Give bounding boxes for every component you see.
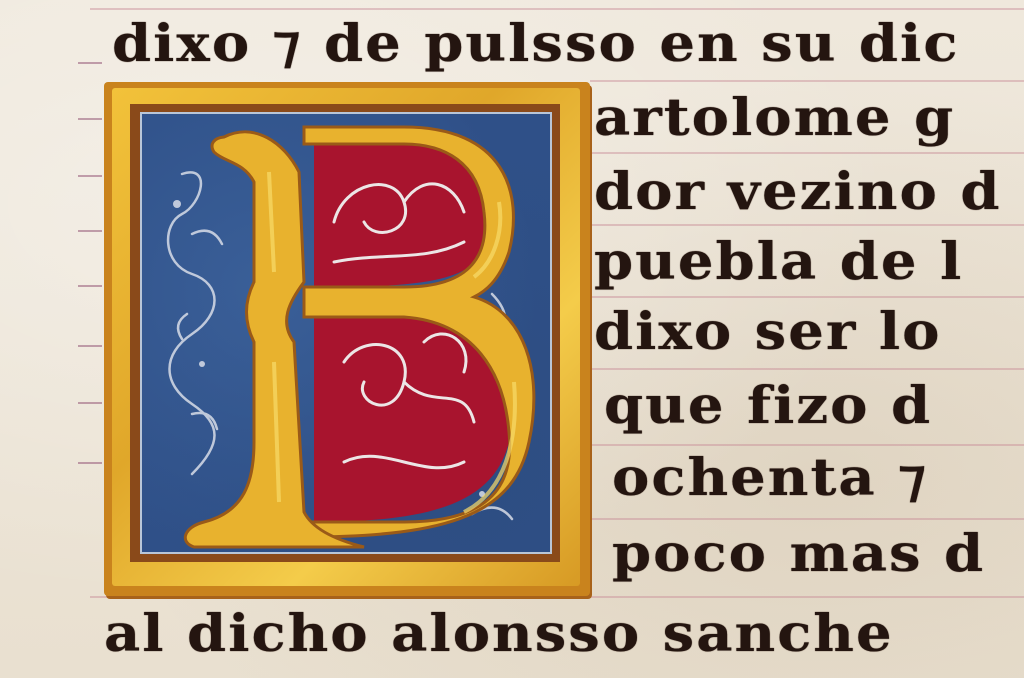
prick-mark bbox=[78, 230, 102, 232]
text-line-7: poco mas d bbox=[612, 528, 985, 580]
prick-mark bbox=[78, 462, 102, 464]
prick-mark bbox=[78, 285, 102, 287]
prick-mark bbox=[78, 175, 102, 177]
text-line-6: ochenta ⁊ bbox=[612, 452, 928, 504]
illuminated-initial bbox=[104, 82, 590, 596]
ruling-line bbox=[90, 596, 1024, 598]
ruling-line bbox=[90, 8, 1024, 10]
text-line-2: dor vezino d bbox=[594, 166, 1001, 218]
ruling-line bbox=[590, 80, 1024, 82]
text-line-4: dixo ser lo bbox=[594, 306, 941, 358]
ruling-line bbox=[590, 518, 1024, 520]
ruling-line bbox=[590, 444, 1024, 446]
text-line-8: al dicho alonsso sanche bbox=[104, 608, 894, 660]
prick-mark bbox=[78, 402, 102, 404]
text-line-0: dixo ⁊ de pulsso en su dic bbox=[112, 18, 959, 70]
text-line-5: que fizo d bbox=[604, 380, 932, 432]
ruling-line bbox=[590, 224, 1024, 226]
letter-b-icon bbox=[104, 82, 590, 596]
prick-mark bbox=[78, 62, 102, 64]
ruling-line bbox=[590, 296, 1024, 298]
ruling-line bbox=[590, 152, 1024, 154]
text-line-1: artolome g bbox=[594, 92, 955, 144]
prick-mark bbox=[78, 118, 102, 120]
ruling-line bbox=[590, 368, 1024, 370]
text-line-3: puebla de l bbox=[594, 236, 963, 288]
prick-mark bbox=[78, 345, 102, 347]
